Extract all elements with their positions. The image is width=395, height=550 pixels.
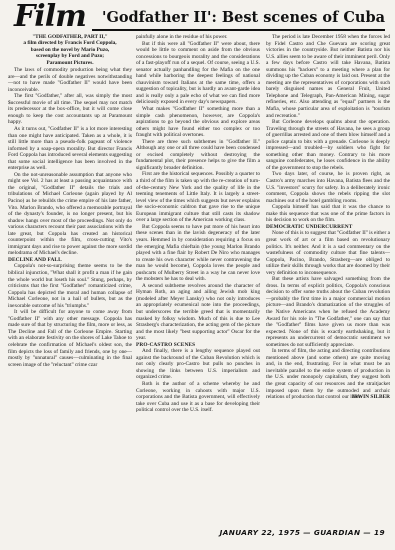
paragraph: It will be difficult for anyone to come … (8, 309, 132, 368)
paragraph: The period is late December 1958 when th… (266, 34, 390, 119)
paragraph: In terms of film, the acting and directi… (266, 348, 390, 400)
paragraph: As it turns out, ''Godfather II'' is a l… (8, 126, 132, 172)
paragraph: Two days later, of course, he is proven … (266, 171, 390, 204)
masthead: Film 'Godfather II': Best scenes of Cuba (0, 0, 395, 34)
paragraph: And finally, there is a lengthy sequence… (136, 348, 260, 381)
paragraph: Roth is the author of a scheme whereby h… (136, 381, 260, 414)
paragraph: The laws of commodity production being w… (8, 67, 132, 93)
paragraph: Coppola's not-so-surprising theme seems … (8, 263, 132, 309)
paragraph: First are the historical sequences. Poss… (136, 171, 260, 223)
credit-line: Paramount Pictures. (8, 60, 132, 66)
paragraph: What makes ''Godfather II'' something mo… (136, 106, 260, 139)
credit-line: a film directed by Francis Ford Coppola, (8, 40, 132, 46)
article-column-1: "THE GODFATHER, PART II," a film directe… (8, 34, 132, 368)
paragraph: The first ''Godfather,'' after all, was … (8, 93, 132, 126)
section-logo: Film (14, 2, 86, 32)
article-column-3: The period is late December 1958 when th… (266, 34, 390, 401)
paragraph: But Coppola seems to have put more of hi… (136, 224, 260, 283)
paragraph: A second subtheme revolves around the ch… (136, 283, 260, 342)
article-headline: 'Godfather II': Best scenes of Cuba (102, 9, 385, 27)
paragraph: Coppola himself has said that it was the… (266, 204, 390, 224)
article-column-2: painfully alone in the residue of his po… (136, 34, 260, 414)
paragraph: But Corleone develops qualms about the o… (266, 119, 390, 171)
paragraph: But if this were all ''Godfather II'' we… (136, 41, 260, 106)
page-footer-dateline: JANUARY 22, 1975 — GUARDIAN — 19 (220, 528, 385, 537)
paragraph: But these artists have salvaged somethin… (266, 276, 390, 348)
paragraph: There are three such subthemes in ''Godf… (136, 139, 260, 172)
paragraph: On the not-unreasonable assumption that … (8, 172, 132, 257)
paragraph: None of this is to suggest that ''Godfat… (266, 230, 390, 276)
masthead-rule (92, 29, 385, 31)
film-credits: "THE GODFATHER, PART II," a film directe… (8, 34, 132, 66)
